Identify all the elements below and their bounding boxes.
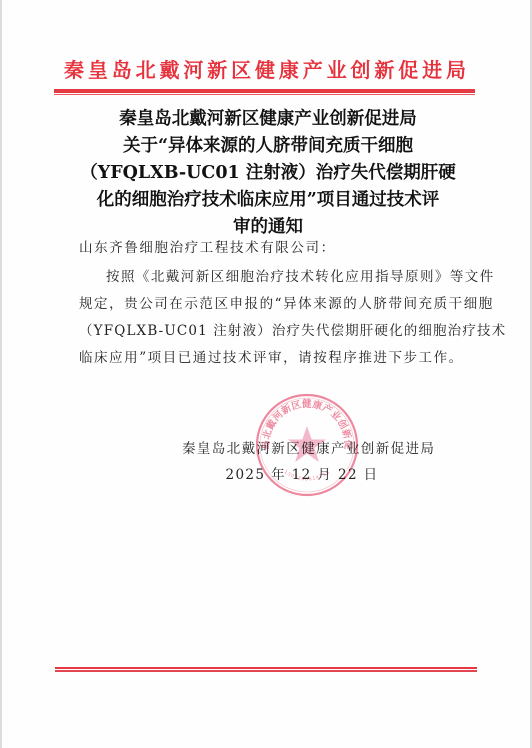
letterhead-char: 新 — [374, 60, 394, 80]
title-line: 化的细胞治疗技术临床应用”项目通过技术评 — [62, 187, 474, 214]
letterhead-char: 皇 — [88, 60, 108, 80]
body-line: 按照《北戴河新区细胞治疗技术转化应用指导原则》等文件 — [79, 264, 479, 291]
recipient-line: 山东齐鲁细胞治疗工程技术有限公司： — [79, 238, 336, 258]
document-page: 秦 皇 岛 北 戴 河 新 区 健 康 产 业 创 新 促 进 局 秦皇岛北戴河… — [0, 0, 532, 748]
letterhead-char: 局 — [446, 60, 466, 80]
letterhead-title: 秦 皇 岛 北 戴 河 新 区 健 康 产 业 创 新 促 进 局 — [54, 56, 476, 84]
letterhead-char: 岛 — [112, 60, 132, 80]
body-line: 规定，贵公司在示范区申报的“异体来源的人脐带间充质干细胞 — [79, 291, 479, 318]
body-paragraph: 按照《北戴河新区细胞治疗技术转化应用指导原则》等文件 规定，贵公司在示范区申报的… — [79, 264, 479, 372]
title-line: 审的通知 — [62, 214, 474, 241]
red-rule-thin — [54, 94, 475, 95]
letterhead-char: 戴 — [160, 60, 180, 80]
title-line: （YFQLXB-UC01 注射液）治疗失代偿期肝硬 — [62, 160, 474, 187]
letterhead-char: 北 — [136, 60, 156, 80]
document-title: 秦皇岛北戴河新区健康产业创新促进局 关于“异体来源的人脐带间充质干细胞 （YFQ… — [62, 106, 474, 241]
signature-org: 秦皇岛北戴河新区健康产业创新促进局 — [182, 436, 422, 462]
footer-rule-line — [55, 670, 477, 672]
letterhead-char: 秦 — [64, 60, 84, 80]
signature-block: 秦皇岛北戴河新区健康产业创新促进局 2025 年 12 月 22 日 — [182, 436, 422, 488]
letterhead-char: 健 — [255, 60, 275, 80]
title-line: 秦皇岛北戴河新区健康产业创新促进局 — [62, 106, 474, 133]
body-line: 临床应用”项目已通过技术评审，请按程序推进下步工作。 — [79, 345, 479, 372]
letterhead-red-rule — [54, 89, 475, 95]
letterhead-char: 促 — [398, 60, 418, 80]
letterhead-char: 进 — [422, 60, 442, 80]
letterhead-char: 业 — [327, 60, 347, 80]
footer-red-rule — [55, 667, 477, 672]
letterhead-char: 创 — [351, 60, 371, 80]
letterhead-char: 新 — [207, 60, 227, 80]
body-line: （YFQLXB-UC01 注射液）治疗失代偿期肝硬化的细胞治疗技术 — [79, 318, 479, 345]
letterhead-char: 区 — [231, 60, 251, 80]
letterhead-char: 产 — [303, 60, 323, 80]
signature-date: 2025 年 12 月 22 日 — [182, 462, 422, 488]
red-rule-thick — [54, 89, 475, 93]
letterhead-char: 康 — [279, 60, 299, 80]
footer-rule-line — [55, 667, 477, 669]
letterhead-char: 河 — [183, 60, 203, 80]
title-line: 关于“异体来源的人脐带间充质干细胞 — [62, 133, 474, 160]
